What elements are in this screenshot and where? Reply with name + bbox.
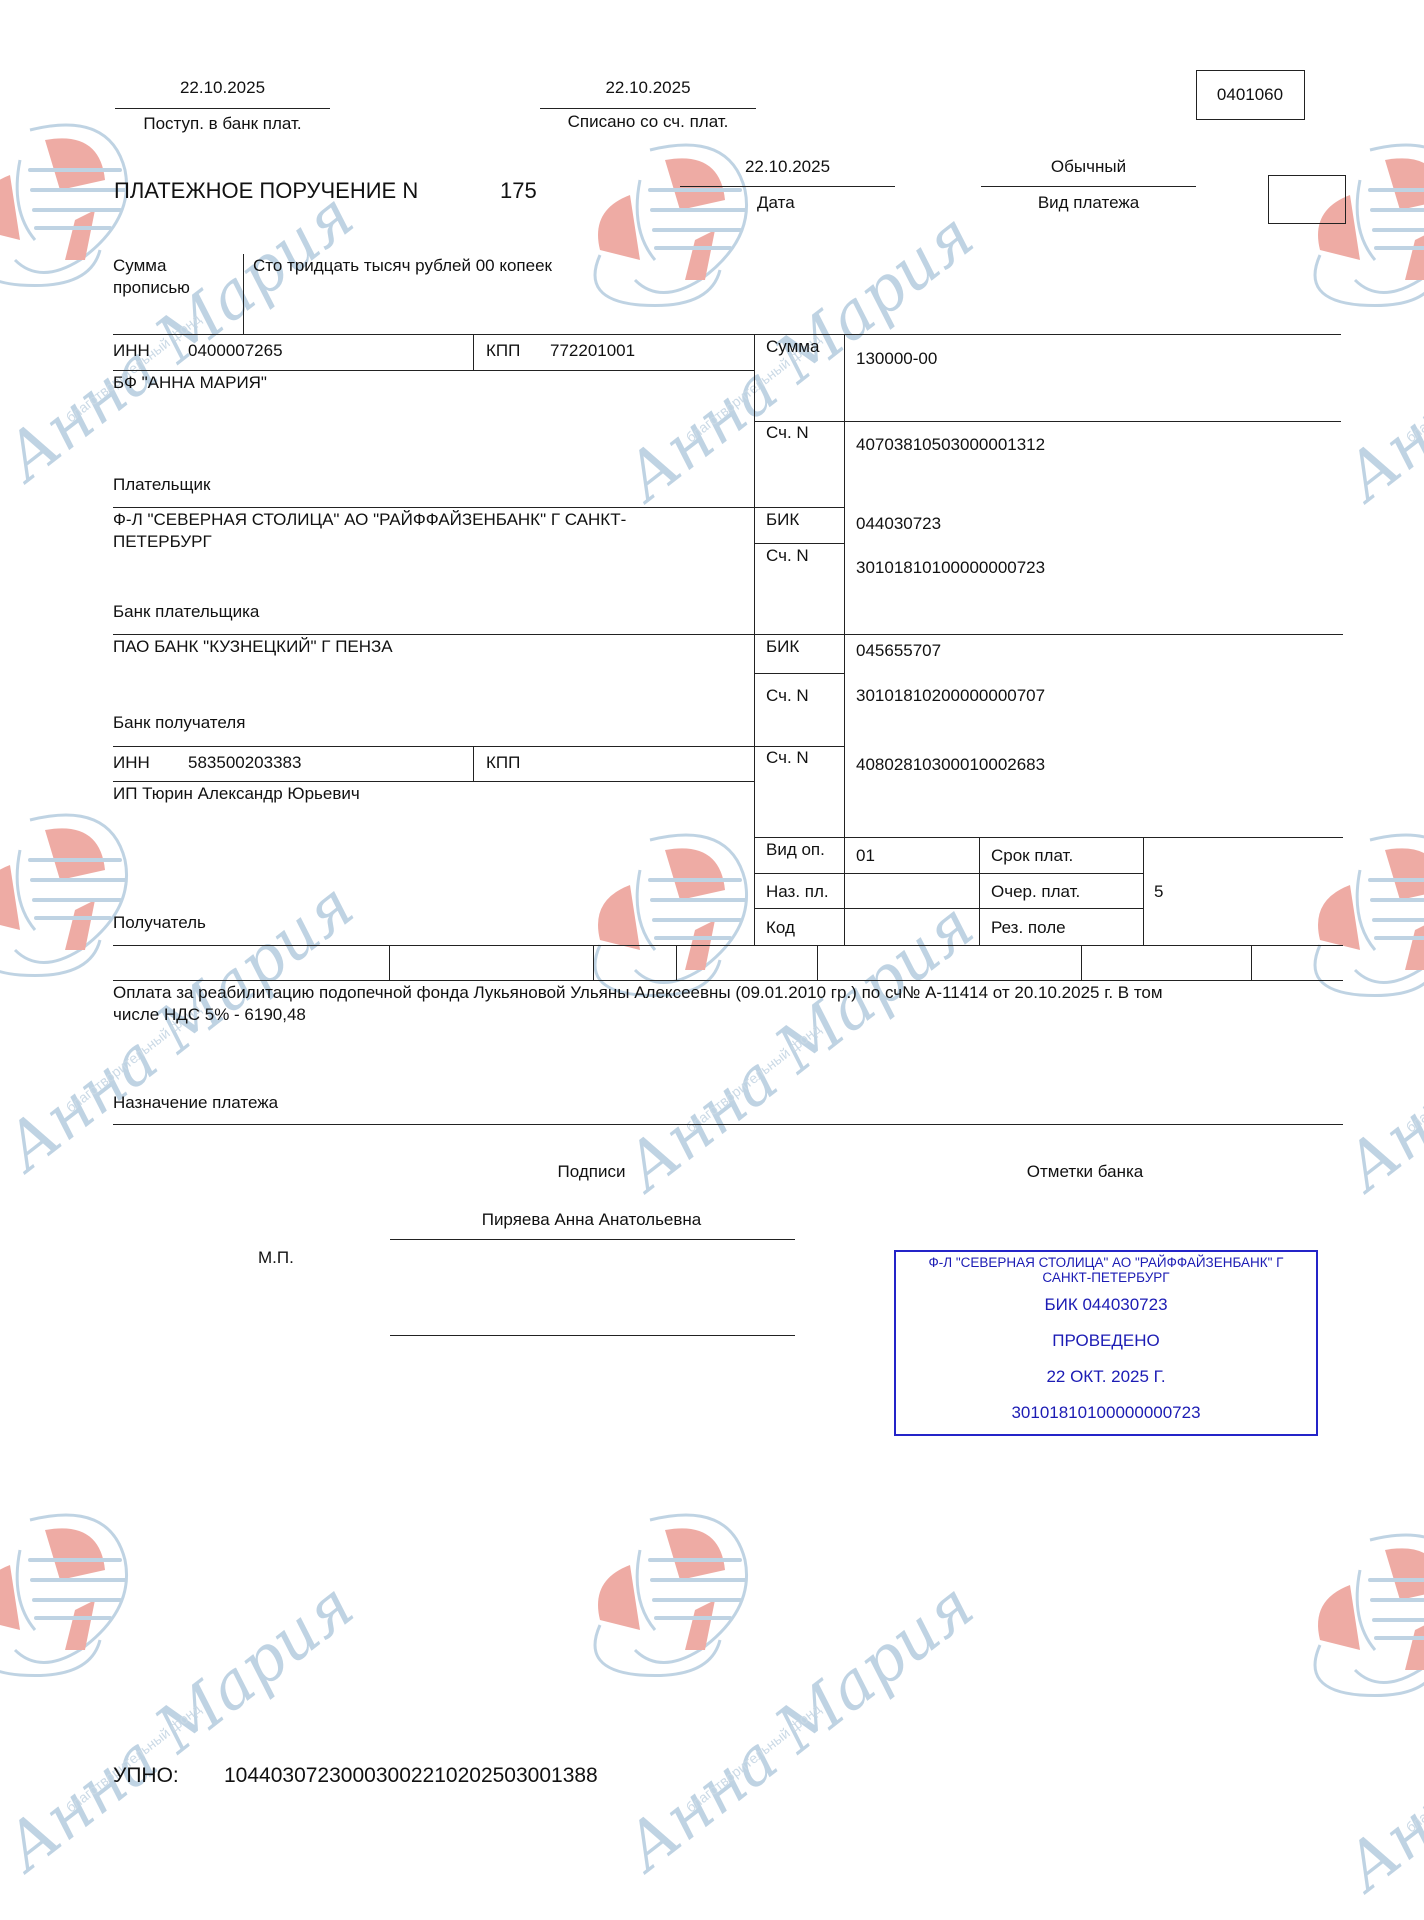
- received-label: Поступ. в банк плат.: [115, 114, 330, 134]
- form-code: 0401060: [1197, 85, 1303, 105]
- bank-stamp: Ф-Л "СЕВЕРНАЯ СТОЛИЦА" АО "РАЙФФАЙЗЕНБАН…: [894, 1250, 1318, 1436]
- grid-line: [389, 945, 390, 980]
- ocher-plat-value: 5: [1154, 882, 1163, 902]
- payee-account-label: Сч. N: [766, 748, 809, 768]
- payee-account: 40802810300010002683: [856, 755, 1045, 775]
- purpose-label: Назначение платежа: [113, 1093, 278, 1113]
- form-code-box: 0401060: [1196, 70, 1305, 120]
- ocher-plat-label: Очер. плат.: [991, 882, 1080, 902]
- document-title: ПЛАТЕЖНОЕ ПОРУЧЕНИЕ N: [114, 178, 418, 204]
- grid-line: [1081, 945, 1082, 980]
- grid-line: [113, 781, 754, 782]
- signature-line: [390, 1239, 795, 1240]
- grid-line: [754, 673, 844, 674]
- grid-line: [676, 945, 677, 980]
- divider: [115, 108, 330, 109]
- grid-line: [113, 370, 754, 371]
- grid-line: [473, 334, 474, 370]
- srok-plat-label: Срок плат.: [991, 846, 1073, 866]
- payee-role-label: Получатель: [113, 913, 206, 933]
- watermark-logo-icon: Анна Марияблаготворительный фонд: [0, 1500, 150, 1685]
- upno-value: 10440307230003002210202503001388: [224, 1764, 598, 1788]
- payer-bank-name: Ф-Л "СЕВЕРНАЯ СТОЛИЦА" АО "РАЙФФАЙЗЕНБАН…: [113, 510, 626, 530]
- status-box: [1268, 175, 1346, 224]
- date-label: Дата: [757, 193, 795, 213]
- payer-bank-name-2: ПЕТЕРБУРГ: [113, 532, 212, 552]
- stamp-account: 30101810100000000723: [896, 1403, 1316, 1423]
- payer-kpp: 772201001: [550, 341, 635, 361]
- grid-line: [113, 746, 844, 747]
- stamp-date: 22 ОКТ. 2025 Г.: [896, 1367, 1316, 1387]
- grid-line: [1143, 837, 1144, 945]
- signatures-title: Подписи: [390, 1162, 793, 1182]
- grid-line: [113, 634, 1343, 635]
- grid-line: [754, 837, 1343, 838]
- divider: [981, 186, 1196, 187]
- payee-inn-label: ИНН: [113, 753, 150, 773]
- payer-account: 40703810503000001312: [856, 435, 1045, 455]
- divider: [243, 254, 244, 334]
- divider: [540, 108, 756, 109]
- payee-bank-bik-label: БИК: [766, 637, 799, 657]
- document-date: 22.10.2025: [680, 157, 895, 177]
- signer-name: Пиряева Анна Анатольевна: [390, 1210, 793, 1230]
- payment-type-label: Вид платежа: [981, 193, 1196, 213]
- payer-bank-bik: 044030723: [856, 514, 941, 534]
- payer-bank-account-label: Сч. N: [766, 546, 809, 566]
- payee-kpp-label: КПП: [486, 753, 520, 773]
- purpose-text-2: числе НДС 5% - 6190,48: [113, 1005, 306, 1025]
- grid-line: [1251, 945, 1252, 980]
- grid-line: [473, 746, 474, 781]
- stamp-bank-city: САНКТ-ПЕТЕРБУРГ: [896, 1270, 1316, 1285]
- payer-name: БФ "АННА МАРИЯ": [113, 373, 267, 393]
- amount-words-value: Сто тридцать тысяч рублей 00 копеек: [253, 256, 552, 276]
- watermark-logo-icon: Анна Марияблаготворительный фонд: [1300, 820, 1424, 1005]
- payer-bank-role-label: Банк плательщика: [113, 602, 259, 622]
- seal-label: М.П.: [258, 1248, 294, 1268]
- sum-label: Сумма: [766, 337, 819, 357]
- payer-account-label: Сч. N: [766, 423, 809, 443]
- grid-line: [817, 945, 818, 980]
- payee-name: ИП Тюрин Александр Юрьевич: [113, 784, 360, 804]
- grid-line: [113, 334, 1341, 335]
- payer-role-label: Плательщик: [113, 475, 210, 495]
- grid-line: [113, 980, 1343, 981]
- grid-line: [979, 837, 980, 945]
- payee-bank-account-label: Сч. N: [766, 686, 809, 706]
- received-date: 22.10.2025: [115, 78, 330, 98]
- grid-line: [754, 421, 1341, 422]
- payer-inn: 0400007265: [188, 341, 283, 361]
- stamp-bik: БИК 044030723: [896, 1295, 1316, 1315]
- kod-label: Код: [766, 918, 795, 938]
- payee-bank-bik: 045655707: [856, 641, 941, 661]
- grid-line: [754, 334, 755, 945]
- purpose-text: Оплата за реабилитацию подопечной фонда …: [113, 983, 1163, 1003]
- payer-bank-bik-label: БИК: [766, 510, 799, 530]
- amount-words-label-2: прописью: [113, 278, 190, 298]
- watermark-logo-icon: Анна Марияблаготворительный фонд: [1300, 1520, 1424, 1705]
- payee-bank-name: ПАО БАНК "КУЗНЕЦКИЙ" Г ПЕНЗА: [113, 637, 393, 657]
- document-number: 175: [500, 178, 537, 204]
- divider: [680, 186, 895, 187]
- naz-pl-label: Наз. пл.: [766, 882, 829, 902]
- stamp-status: ПРОВЕДЕНО: [896, 1331, 1316, 1351]
- rez-pole-label: Рез. поле: [991, 918, 1066, 938]
- vid-op-value: 01: [856, 846, 875, 866]
- amount-words-label: Сумма: [113, 256, 166, 276]
- grid-line: [593, 945, 594, 980]
- stamp-bank-name: Ф-Л "СЕВЕРНАЯ СТОЛИЦА" АО "РАЙФФАЙЗЕНБАН…: [896, 1255, 1316, 1270]
- grid-line: [844, 334, 845, 945]
- payment-type: Обычный: [981, 157, 1196, 177]
- upno-label: УПНО:: [113, 1764, 179, 1788]
- grid-line: [754, 908, 1144, 909]
- debited-label: Списано со сч. плат.: [540, 112, 756, 132]
- vid-op-label: Вид оп.: [766, 840, 825, 860]
- bank-marks-title: Отметки банка: [985, 1162, 1185, 1182]
- grid-line: [113, 507, 844, 508]
- payee-bank-role-label: Банк получателя: [113, 713, 245, 733]
- payee-inn: 583500203383: [188, 753, 301, 773]
- payer-kpp-label: КПП: [486, 341, 520, 361]
- payee-bank-account: 30101810200000000707: [856, 686, 1045, 706]
- grid-line: [754, 543, 844, 544]
- watermark-logo-icon: Анна Марияблаготворительный фонд: [580, 820, 770, 1005]
- sum-value: 130000-00: [856, 349, 937, 369]
- grid-line: [754, 873, 1144, 874]
- watermark-logo-icon: Анна Марияблаготворительный фонд: [0, 800, 150, 985]
- debited-date: 22.10.2025: [540, 78, 756, 98]
- grid-line: [113, 945, 1343, 946]
- grid-line: [113, 1124, 1343, 1125]
- watermark-logo-icon: Анна Марияблаготворительный фонд: [580, 1500, 770, 1685]
- payer-bank-account: 30101810100000000723: [856, 558, 1045, 578]
- payer-inn-label: ИНН: [113, 341, 150, 361]
- signature-line-2: [390, 1335, 795, 1336]
